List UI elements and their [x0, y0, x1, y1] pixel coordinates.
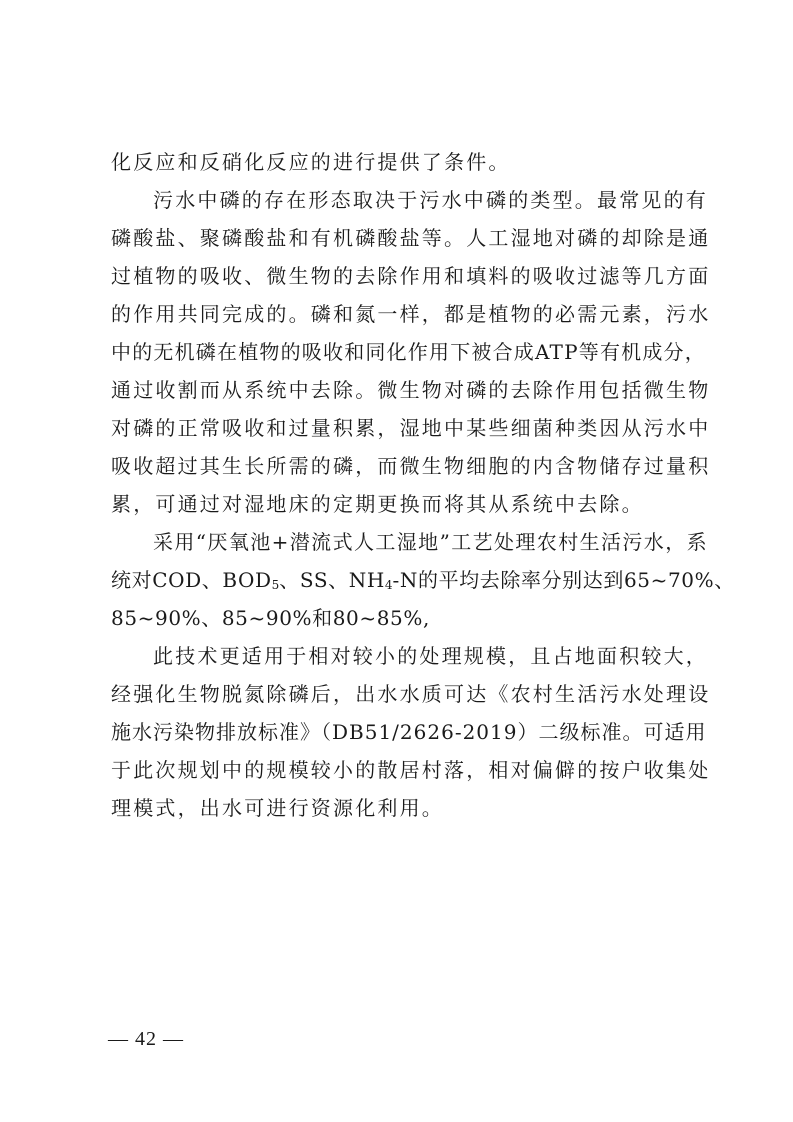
text-line: 的作用共同完成的。磷和氮一样，都是植物的必需元素，污水 [111, 295, 693, 333]
document-body: 化反应和反硝化反应的进行提供了条件。 污水中磷的存在形态取决于污水中磷的类型。最… [111, 143, 693, 827]
paragraph-start-line: 污水中磷的存在形态取决于污水中磷的类型。最常见的有 [111, 181, 693, 219]
text-line: 85~90%、85~90%和80~85%, [111, 599, 693, 637]
subscript: 4 [385, 578, 393, 592]
text-fragment: 统对COD、BOD [111, 568, 272, 592]
text-line: 过植物的吸收、微生物的去除作用和填料的吸收过滤等几方面 [111, 257, 693, 295]
text-line: 中的无机磷在植物的吸收和同化作用下被合成ATP等有机成分， [111, 333, 693, 371]
page-number: — 42 — [108, 1028, 184, 1051]
paragraph-start-line: 采用“厌氧池+潜流式人工湿地”工艺处理农村生活污水，系 [111, 523, 693, 561]
text-line: 吸收超过其生长所需的磷，而微生物细胞的内含物储存过量积 [111, 447, 693, 485]
text-line-with-subscripts: 统对COD、BOD5、SS、NH4-N的平均去除率分别达到65~70%、 [111, 561, 693, 599]
text-line: 对磷的正常吸收和过量积累，湿地中某些细菌种类因从污水中 [111, 409, 693, 447]
text-line: 施水污染物排放标准》（DB51/2626-2019）二级标准。可适用 [111, 713, 693, 751]
text-line: 于此次规划中的规模较小的散居村落，相对偏僻的按户收集处 [111, 751, 693, 789]
text-fragment: 、SS、NH [279, 568, 385, 592]
text-fragment: -N的平均去除率分别达到65~70%、 [393, 568, 735, 592]
text-line: 通过收割而从系统中去除。微生物对磷的去除作用包括微生物 [111, 371, 693, 409]
paragraph-start-line: 此技术更适用于相对较小的处理规模，且占地面积较大， [111, 637, 693, 675]
text-line: 化反应和反硝化反应的进行提供了条件。 [111, 143, 693, 181]
text-line: 累，可通过对湿地床的定期更换而将其从系统中去除。 [111, 485, 693, 523]
text-line: 理模式，出水可进行资源化利用。 [111, 789, 693, 827]
text-line: 磷酸盐、聚磷酸盐和有机磷酸盐等。人工湿地对磷的却除是通 [111, 219, 693, 257]
text-line: 经强化生物脱氮除磷后，出水水质可达《农村生活污水处理设 [111, 675, 693, 713]
